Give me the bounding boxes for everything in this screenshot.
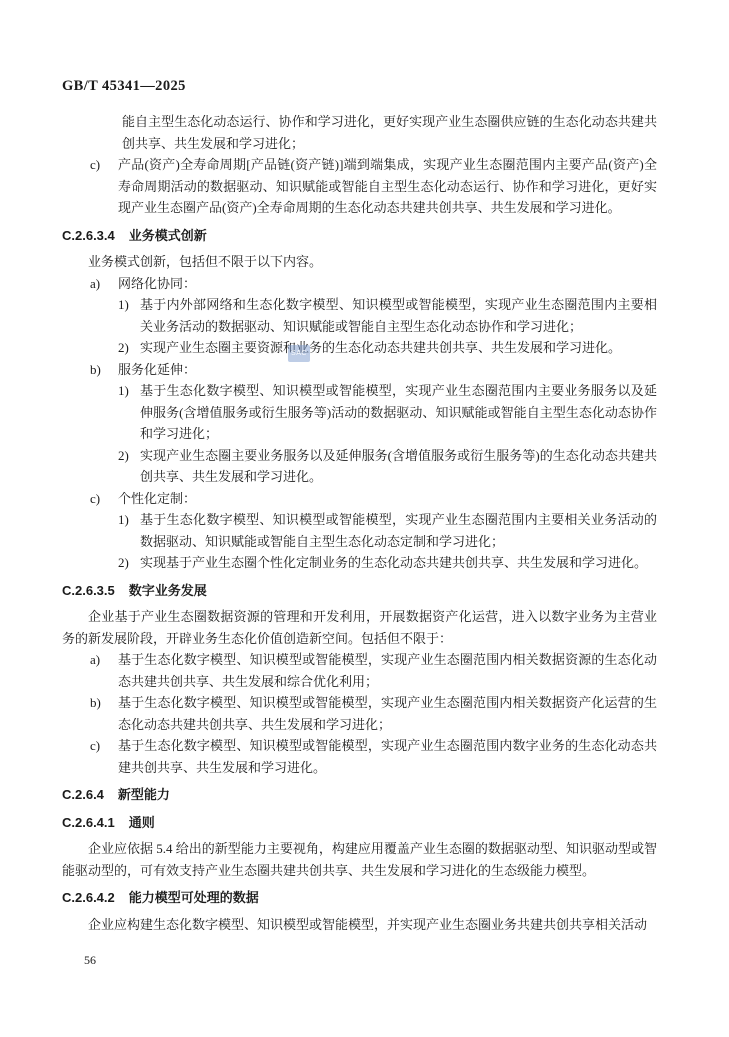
list-item-label: a) [90, 273, 118, 295]
list-item-text: 服务化延伸： [118, 359, 657, 381]
list-item-label: 2) [118, 552, 140, 574]
section-heading: C.2.6.4.2能力模型可处理的数据 [62, 887, 657, 909]
list-item-text: 基于内外部网络和生态化数字模型、知识模型或智能模型，实现产业生态圈范围内主要相关… [140, 294, 657, 337]
list-item-text: 基于生态化数字模型、知识模型或智能模型，实现产业生态圈范围内主要相关业务活动的数… [140, 509, 657, 552]
paragraph: 企业应构建生态化数字模型、知识模型或智能模型，并实现产业生态圈业务共建共创共享相… [62, 914, 657, 936]
list-item: b)基于生态化数字模型、知识模型或智能模型，实现产业生态圈范围内相关数据资产化运… [62, 692, 657, 735]
list-item-text: 基于生态化数字模型、知识模型或智能模型，实现产业生态圈范围内相关数据资产化运营的… [118, 692, 657, 735]
list-item-label: c) [90, 735, 118, 778]
list-item: 2)实现产业生态圈主要资源和业务的生态化动态共建共创共享、共生发展和学习进化。 [62, 337, 657, 359]
list-item-text: 基于生态化数字模型、知识模型或智能模型，实现产业生态圈范围内主要业务服务以及延伸… [140, 380, 657, 445]
section-number: C.2.6.4.1 [62, 815, 115, 830]
section-number: C.2.6.4 [62, 787, 104, 802]
list-item-label: b) [90, 359, 118, 381]
paragraph-continuation: 能自主型生态化动态运行、协作和学习进化，更好实现产业生态圈供应链的生态化动态共建… [122, 111, 657, 154]
section-title: 数字业务发展 [129, 583, 207, 598]
list-item: 1)基于生态化数字模型、知识模型或智能模型，实现产业生态圈范围内主要业务服务以及… [62, 380, 657, 445]
paragraph: 企业应依据 5.4 给出的新型能力主要视角，构建应用覆盖产业生态圈的数据驱动型、… [62, 838, 657, 881]
list-item-label: 2) [118, 445, 140, 488]
list-item: 1)基于内外部网络和生态化数字模型、知识模型或智能模型，实现产业生态圈范围内主要… [62, 294, 657, 337]
list-item-text: 基于生态化数字模型、知识模型或智能模型，实现产业生态圈范围内数字业务的生态化动态… [118, 735, 657, 778]
section-title: 能力模型可处理的数据 [129, 890, 259, 905]
page-number: 56 [84, 953, 96, 968]
list-item: 2)实现产业生态圈主要业务服务以及延伸服务(含增值服务或衍生服务等)的生态化动态… [62, 445, 657, 488]
list-item-label: c) [90, 488, 118, 510]
list-item: c)基于生态化数字模型、知识模型或智能模型，实现产业生态圈范围内数字业务的生态化… [62, 735, 657, 778]
section-title: 业务模式创新 [129, 228, 207, 243]
list-item-text: 网络化协同： [118, 273, 657, 295]
list-item-text: 个性化定制： [118, 488, 657, 510]
list-item-text: 实现产业生态圈主要资源和业务的生态化动态共建共创共享、共生发展和学习进化。 [140, 337, 657, 359]
list-item-text: 产品(资产)全寿命周期[产品链(资产链)]端到端集成，实现产业生态圈范围内主要产… [118, 154, 657, 219]
section-number: C.2.6.3.4 [62, 228, 115, 243]
list-item-text: 基于生态化数字模型、知识模型或智能模型，实现产业生态圈范围内相关数据资源的生态化… [118, 649, 657, 692]
document-page: GB/T 45341—2025 能自主型生态化动态运行、协作和学习进化，更好实现… [0, 0, 729, 1037]
list-item: a)网络化协同： [62, 273, 657, 295]
standard-number: GB/T 45341—2025 [62, 78, 186, 95]
section-title: 通则 [129, 815, 155, 830]
list-item-label: a) [90, 649, 118, 692]
section-heading: C.2.6.3.4业务模式创新 [62, 225, 657, 247]
list-item: 1)基于生态化数字模型、知识模型或智能模型，实现产业生态圈范围内主要相关业务活动… [62, 509, 657, 552]
list-item: c)产品(资产)全寿命周期[产品链(资产链)]端到端集成，实现产业生态圈范围内主… [62, 154, 657, 219]
section-heading: C.2.6.3.5数字业务发展 [62, 580, 657, 602]
section-number: C.2.6.4.2 [62, 890, 115, 905]
document-body: 能自主型生态化动态运行、协作和学习进化，更好实现产业生态圈供应链的生态化动态共建… [62, 111, 657, 935]
paragraph: 企业基于产业生态圈数据资源的管理和开发利用，开展数据资产化运营，进入以数字业务为… [62, 606, 657, 649]
section-heading: C.2.6.4.1通则 [62, 812, 657, 834]
list-item-text: 实现产业生态圈主要业务服务以及延伸服务(含增值服务或衍生服务等)的生态化动态共建… [140, 445, 657, 488]
list-item-text: 实现基于产业生态圈个性化定制业务的生态化动态共建共创共享、共生发展和学习进化。 [140, 552, 657, 574]
section-title: 新型能力 [118, 787, 170, 802]
list-item-label: c) [90, 154, 118, 219]
list-item-label: 1) [118, 509, 140, 552]
list-item: 2)实现基于产业生态圈个性化定制业务的生态化动态共建共创共享、共生发展和学习进化… [62, 552, 657, 574]
list-item-label: 2) [118, 337, 140, 359]
list-item: b)服务化延伸： [62, 359, 657, 381]
list-item-label: 1) [118, 294, 140, 337]
list-item: a)基于生态化数字模型、知识模型或智能模型，实现产业生态圈范围内相关数据资源的生… [62, 649, 657, 692]
list-item-label: 1) [118, 380, 140, 445]
section-number: C.2.6.3.5 [62, 583, 115, 598]
list-item: c)个性化定制： [62, 488, 657, 510]
list-item-label: b) [90, 692, 118, 735]
paragraph: 业务模式创新，包括但不限于以下内容。 [62, 251, 657, 273]
section-heading: C.2.6.4新型能力 [62, 784, 657, 806]
